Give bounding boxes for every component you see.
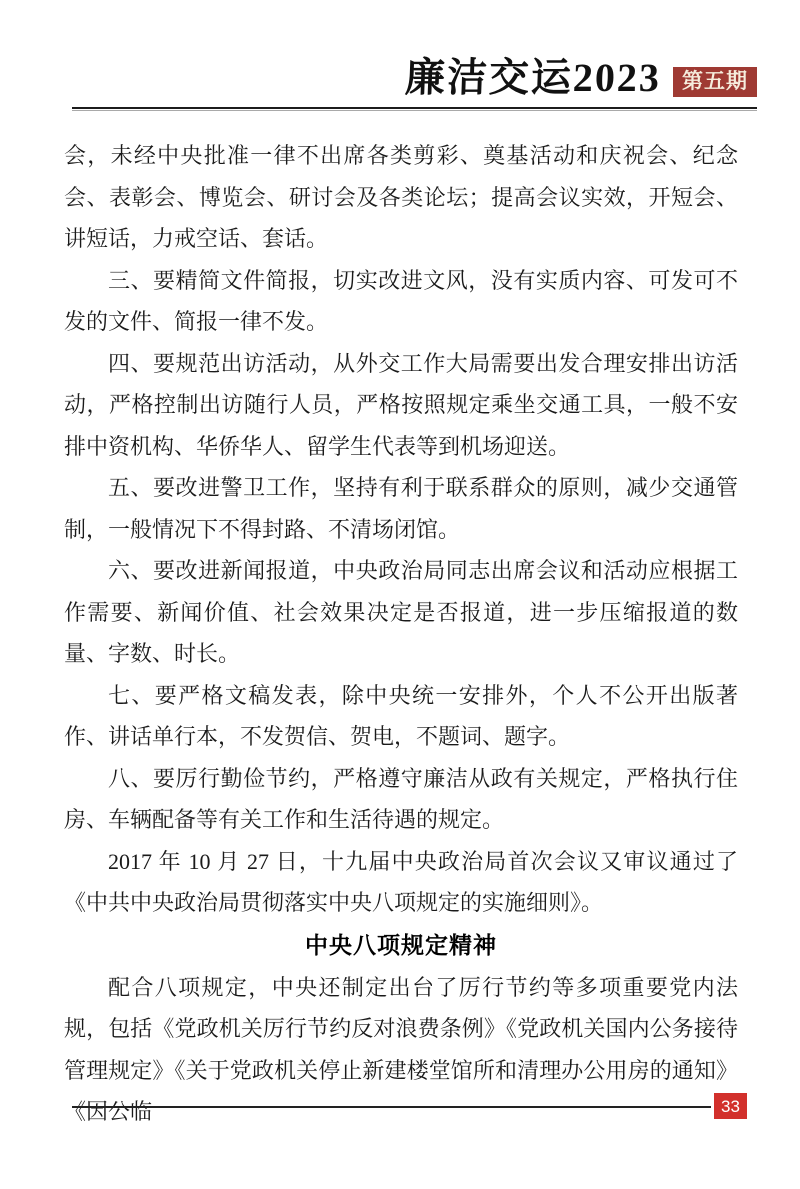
body-paragraph: 2017 年 10 月 27 日，十九届中央政治局首次会议又审议通过了《中共中央… [64,841,738,924]
masthead-title: 廉洁交运2023 [404,58,661,98]
body-paragraph: 八、要厉行勤俭节约，严格遵守廉洁从政有关规定，严格执行住房、车辆配备等有关工作和… [64,758,738,841]
body-paragraph: 会，未经中央批准一律不出席各类剪彩、奠基活动和庆祝会、纪念会、表彰会、博览会、研… [64,135,738,260]
section-heading: 中央八项规定精神 [64,924,738,967]
body-paragraph: 六、要改进新闻报道，中央政治局同志出席会议和活动应根据工作需要、新闻价值、社会效… [64,550,738,675]
paragraphs-before-heading: 会，未经中央批准一律不出席各类剪彩、奠基活动和庆祝会、纪念会、表彰会、博览会、研… [64,135,738,924]
body-paragraph: 七、要严格文稿发表，除中央统一安排外，个人不公开出版著作、讲话单行本，不发贺信、… [64,675,738,758]
masthead: 廉洁交运2023 第五期 [72,58,757,98]
body-text: 会，未经中央批准一律不出席各类剪彩、奠基活动和庆祝会、纪念会、表彰会、博览会、研… [64,135,738,1133]
body-paragraph: 五、要改进警卫工作，坚持有利于联系群众的原则，减少交通管制，一般情况下不得封路、… [64,467,738,550]
header-rule [72,107,757,109]
body-paragraph: 四、要规范出访活动，从外交工作大局需要出发合理安排出访活动，严格控制出访随行人员… [64,343,738,468]
header-rule-shadow [72,110,757,111]
footer-rule [72,1106,711,1108]
page-number-badge: 33 [714,1093,747,1119]
body-paragraph: 三、要精简文件简报，切实改进文风，没有实质内容、可发可不发的文件、简报一律不发。 [64,260,738,343]
document-page: 廉洁交运2023 第五期 会，未经中央批准一律不出席各类剪彩、奠基活动和庆祝会、… [0,0,800,1189]
issue-badge: 第五期 [673,67,757,97]
